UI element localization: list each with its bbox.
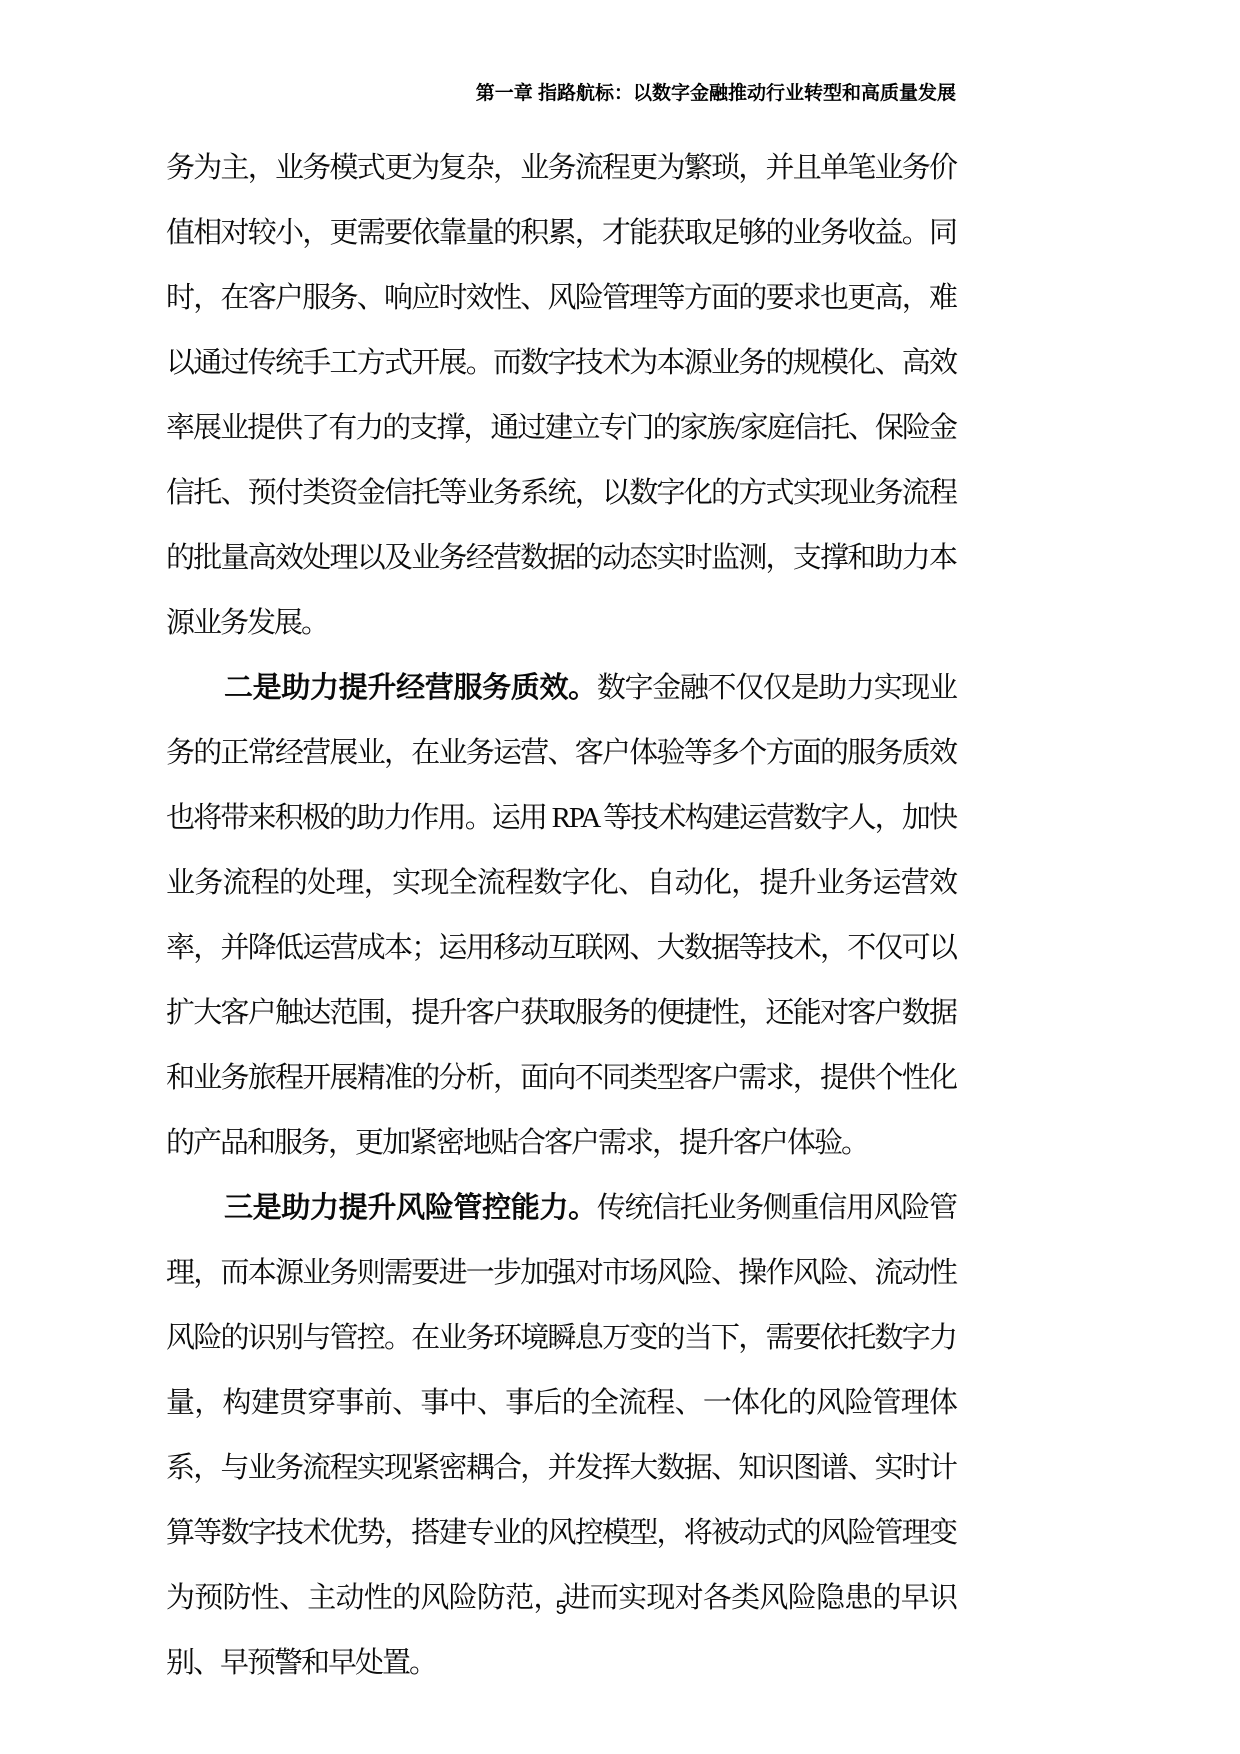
page-footer: 5 — [166, 1598, 956, 1620]
page-body: 务为主，业务模式更为复杂，业务流程更为繁琐，并且单笔业务价值相对较小，更需要依靠… — [166, 136, 956, 1696]
paragraph: 二是助力提升经营服务质效。数字金融不仅仅是助力实现业务的正常经营展业，在业务运营… — [166, 656, 956, 1176]
paragraph-text: 务为主，业务模式更为复杂，业务流程更为繁琐，并且单笔业务价值相对较小，更需要依靠… — [166, 152, 956, 639]
page-number: 5 — [556, 1598, 567, 1619]
paragraph-lead: 二是助力提升经营服务质效。 — [224, 672, 597, 704]
chapter-header-title: 第一章 指路航标：以数字金融推动行业转型和高质量发展 — [476, 83, 956, 104]
paragraph: 务为主，业务模式更为复杂，业务流程更为繁琐，并且单笔业务价值相对较小，更需要依靠… — [166, 136, 956, 656]
paragraph-lead: 三是助力提升风险管控能力。 — [224, 1192, 597, 1224]
document-page: 第一章 指路航标：以数字金融推动行业转型和高质量发展 务为主，业务模式更为复杂，… — [0, 0, 1240, 1754]
paragraph-text: 数字金融不仅仅是助力实现业务的正常经营展业，在业务运营、客户体验等多个方面的服务… — [166, 672, 956, 1159]
page-header: 第一章 指路航标：以数字金融推动行业转型和高质量发展 — [166, 82, 956, 106]
